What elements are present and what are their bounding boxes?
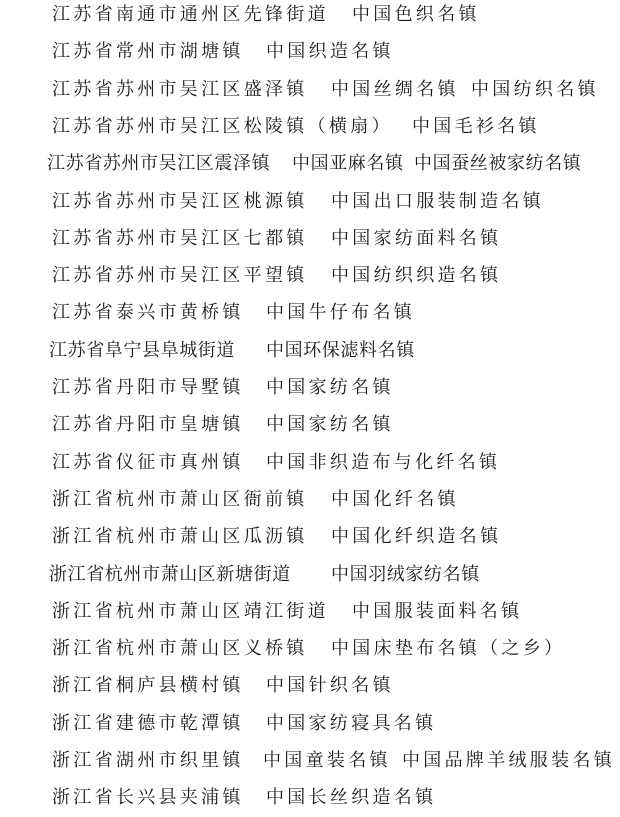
list-item: 浙江省杭州市萧山区瓜沥镇中国化纤织造名镇 [0, 522, 620, 552]
town-location: 江苏省丹阳市导墅镇 [52, 373, 244, 403]
town-location: 江苏省阜宁县阜城街道 [49, 336, 235, 366]
list-item: 江苏省苏州市吴江区盛泽镇中国丝绸名镇中国纺织名镇 [0, 75, 620, 105]
honor-title: 中国色织名镇 [352, 0, 480, 30]
honor-title: 中国家纺寝具名镇 [266, 709, 436, 739]
honor-title: 中国家纺名镇 [266, 373, 394, 403]
list-item: 江苏省苏州市吴江区七都镇中国家纺面料名镇 [0, 224, 620, 254]
list-item: 江苏省苏州市吴江区平望镇中国纺织织造名镇 [0, 261, 620, 291]
list-item: 江苏省苏州市吴江区桃源镇中国出口服装制造名镇 [0, 187, 620, 217]
list-item: 江苏省南通市通州区先锋街道中国色织名镇 [0, 0, 620, 30]
town-location: 江苏省苏州市吴江区七都镇 [52, 224, 308, 254]
honor-title: 中国羽绒家纺名镇 [331, 560, 480, 590]
town-location: 江苏省常州市湖塘镇 [52, 37, 244, 67]
list-item: 浙江省杭州市萧山区义桥镇中国床垫布名镇（之乡） [0, 634, 620, 664]
list-item: 江苏省阜宁县阜城街道中国环保滤料名镇 [0, 336, 620, 366]
honor-title: 中国家纺名镇 [266, 410, 394, 440]
town-location: 浙江省杭州市萧山区新塘街道 [49, 560, 291, 590]
honor-title: 中国童装名镇 [263, 746, 391, 776]
honor-title: 中国纺织名镇 [471, 75, 599, 105]
honor-title: 中国针织名镇 [266, 671, 394, 701]
honor-title: 中国出口服装制造名镇 [331, 187, 544, 217]
list-item: 江苏省苏州市吴江区震泽镇中国亚麻名镇中国蚕丝被家纺名镇 [0, 149, 620, 179]
list-item: 浙江省杭州市萧山区新塘街道中国羽绒家纺名镇 [0, 560, 620, 590]
honor-title: 中国服装面料名镇 [352, 597, 522, 627]
honor-title: 中国化纤织造名镇 [331, 522, 501, 552]
list-item: 浙江省杭州市萧山区靖江街道中国服装面料名镇 [0, 597, 620, 627]
list-item: 江苏省常州市湖塘镇中国织造名镇 [0, 37, 620, 67]
town-location: 江苏省苏州市吴江区震泽镇 [47, 149, 270, 179]
town-location: 浙江省湖州市织里镇 [52, 746, 244, 776]
town-location: 浙江省桐庐县横村镇 [52, 671, 244, 701]
list-item: 浙江省湖州市织里镇中国童装名镇中国品牌羊绒服装名镇 [0, 746, 620, 776]
town-location: 浙江省杭州市萧山区靖江街道 [52, 597, 329, 627]
honor-title: 中国蚕丝被家纺名镇 [414, 149, 581, 179]
town-location: 江苏省苏州市吴江区盛泽镇 [52, 75, 308, 105]
honor-title: 中国亚麻名镇 [292, 149, 404, 179]
town-location: 浙江省杭州市萧山区瓜沥镇 [52, 522, 308, 552]
list-item: 江苏省仪征市真州镇中国非织造布与化纤名镇 [0, 448, 620, 478]
town-location: 江苏省丹阳市皇塘镇 [52, 410, 244, 440]
honor-title: 中国纺织织造名镇 [331, 261, 501, 291]
town-location: 江苏省泰兴市黄桥镇 [52, 298, 244, 328]
list-item: 江苏省泰兴市黄桥镇中国牛仔布名镇 [0, 298, 620, 328]
town-location: 江苏省苏州市吴江区桃源镇 [52, 187, 308, 217]
honor-title: 中国牛仔布名镇 [266, 298, 415, 328]
honor-title: 中国化纤名镇 [331, 485, 459, 515]
town-location: 江苏省南通市通州区先锋街道 [52, 0, 329, 30]
honor-title: 中国品牌羊绒服装名镇 [402, 746, 615, 776]
list-item: 浙江省长兴县夹浦镇中国长丝织造名镇 [0, 783, 620, 813]
honor-title: 中国家纺面料名镇 [331, 224, 501, 254]
honor-title: 中国非织造布与化纤名镇 [266, 448, 500, 478]
town-location: 江苏省苏州市吴江区松陵镇（横扇） [52, 112, 393, 142]
town-location: 浙江省杭州市萧山区衙前镇 [52, 485, 308, 515]
town-location: 浙江省建德市乾潭镇 [52, 709, 244, 739]
list-item: 江苏省丹阳市导墅镇中国家纺名镇 [0, 373, 620, 403]
list-item: 浙江省建德市乾潭镇中国家纺寝具名镇 [0, 709, 620, 739]
honor-title: 中国织造名镇 [266, 37, 394, 67]
town-location: 江苏省苏州市吴江区平望镇 [52, 261, 308, 291]
list-item: 浙江省杭州市萧山区衙前镇中国化纤名镇 [0, 485, 620, 515]
town-location: 浙江省长兴县夹浦镇 [52, 783, 244, 813]
honor-title: 中国丝绸名镇 [331, 75, 459, 105]
honor-title: 中国环保滤料名镇 [266, 336, 415, 366]
honor-title: 中国毛衫名镇 [412, 112, 540, 142]
town-location: 浙江省杭州市萧山区义桥镇 [52, 634, 308, 664]
honor-title: 中国床垫布名镇（之乡） [331, 634, 565, 664]
list-item: 江苏省苏州市吴江区松陵镇（横扇）中国毛衫名镇 [0, 112, 620, 142]
document-page: 江苏省南通市通州区先锋街道中国色织名镇江苏省常州市湖塘镇中国织造名镇江苏省苏州市… [0, 0, 620, 817]
list-item: 浙江省桐庐县横村镇中国针织名镇 [0, 671, 620, 701]
list-item: 江苏省丹阳市皇塘镇中国家纺名镇 [0, 410, 620, 440]
town-location: 江苏省仪征市真州镇 [52, 448, 244, 478]
honor-title: 中国长丝织造名镇 [266, 783, 436, 813]
